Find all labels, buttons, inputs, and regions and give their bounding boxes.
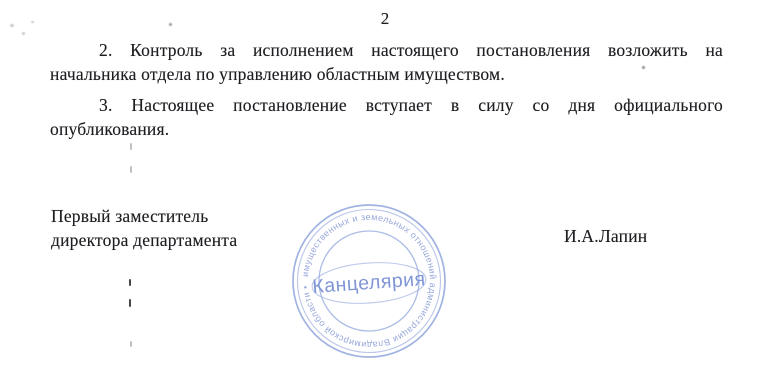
scan-artifact-dash [129, 279, 131, 286]
scan-artifact-speck [169, 23, 172, 26]
scan-artifact-dash [130, 341, 132, 347]
scan-artifact-dash [130, 166, 132, 173]
paragraph-2-line-2: начальника отдела по управлению областны… [50, 64, 505, 84]
scan-artifact-speck [642, 66, 645, 69]
signatory-title-line-2: директора департамента [51, 230, 237, 250]
page-number: 2 [340, 9, 430, 29]
scan-artifact-dash [129, 299, 131, 307]
paragraph-3-line-1: 3. Настоящее постановление вступает в си… [99, 95, 723, 115]
paragraph-3-line-2: опубликования. [50, 119, 169, 139]
scan-artifact-dash [130, 143, 132, 150]
stamp-center-text: Канцелярия [312, 268, 427, 298]
signatory-title-line-1: Первый заместитель [51, 206, 208, 226]
paragraph-2-line-1: 2. Контроль за исполнением настоящего по… [99, 40, 723, 60]
office-round-stamp: имущественных и земельных отношений адми… [288, 203, 452, 361]
scanned-document-page: 2 2. Контроль за исполнением настоящего … [0, 0, 761, 370]
scan-artifact-speck [31, 21, 34, 23]
signatory-name: И.А.Лапин [564, 226, 647, 246]
scan-artifact-speck [22, 32, 25, 35]
scan-artifact-speck [10, 24, 14, 27]
